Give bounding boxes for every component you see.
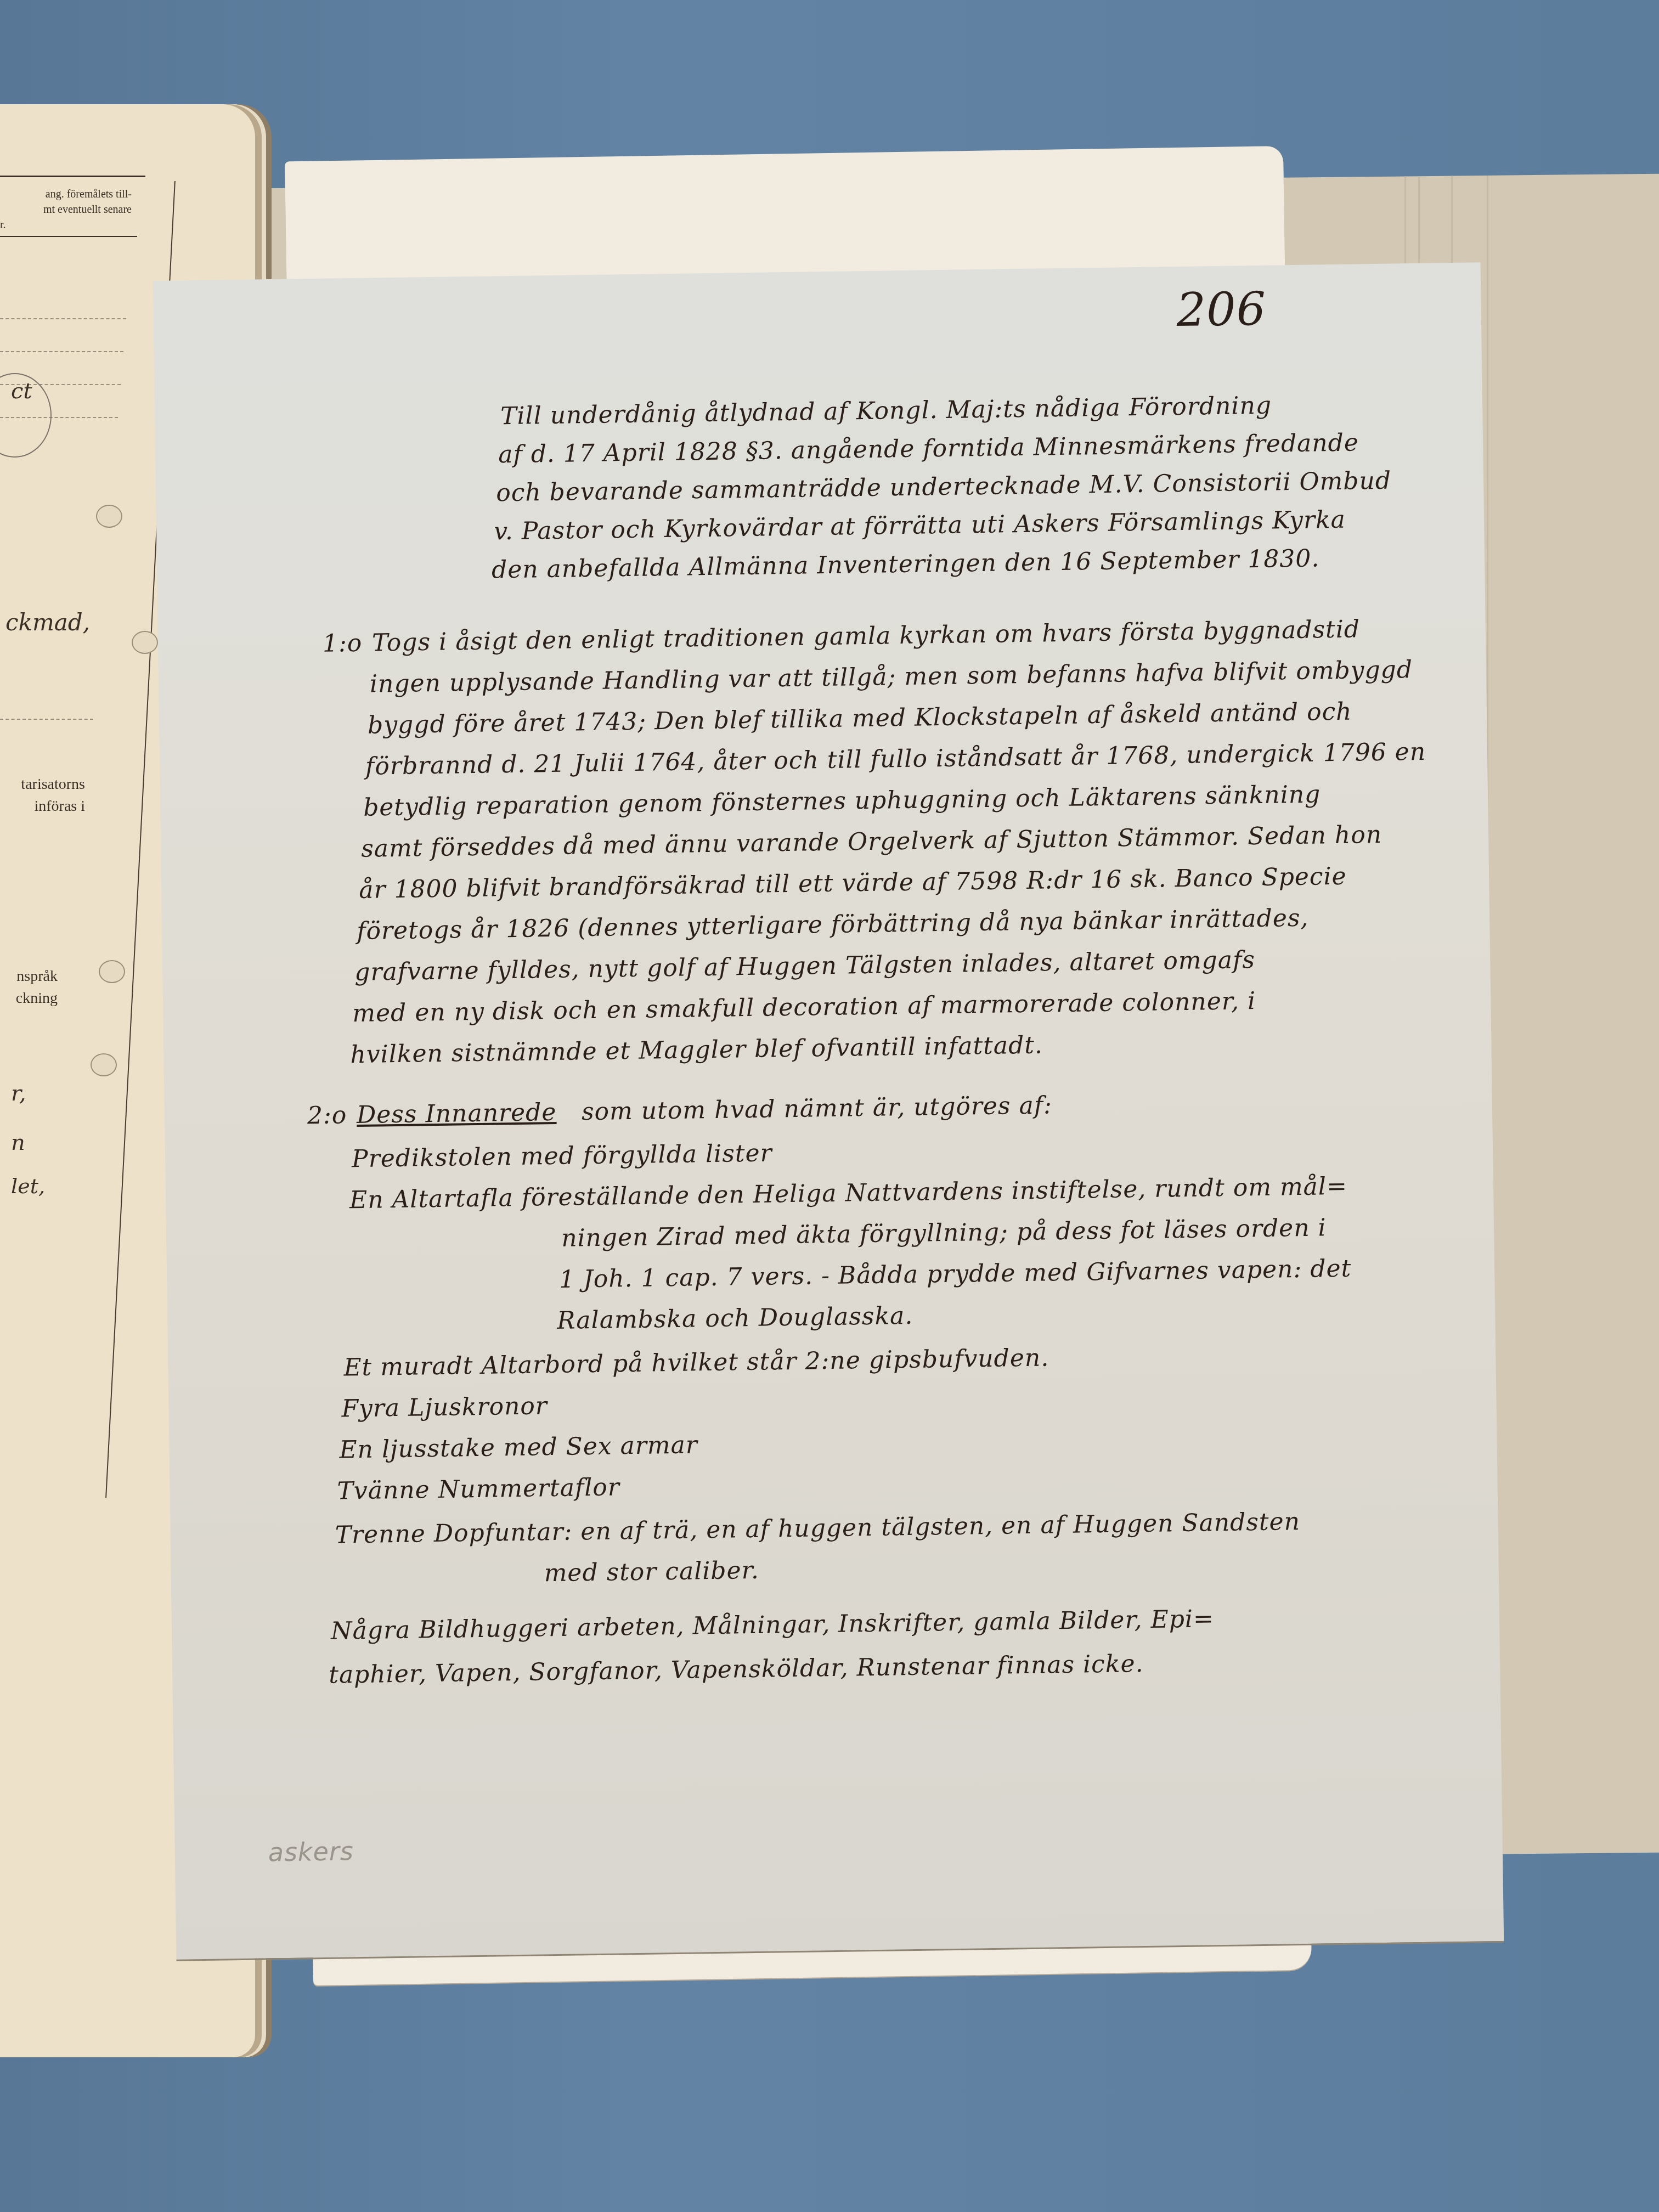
header-rule-lower (0, 236, 137, 237)
printed-header-text: ang. föremålets till- mt eventuellt sena… (0, 187, 132, 233)
inventory-item: Tvänne Nummertaflor (337, 1473, 620, 1505)
handwritten-entry: let, (11, 1174, 45, 1198)
punch-hole (91, 1053, 117, 1076)
folio-number: 206 (1176, 282, 1267, 337)
inventory-item-cont: 1 Joh. 1 cap. 7 vers. - Bådda prydde med… (559, 1255, 1352, 1294)
handwritten-entry: ckmad, (5, 609, 90, 636)
inventory-item: En ljusstake med Sex armar (339, 1431, 698, 1464)
section-number: 2:o (307, 1101, 347, 1130)
dotted-line (0, 719, 93, 720)
circled-handwriting: ct (11, 379, 32, 404)
inventory-item: taphier, Vapen, Sorgfanor, Vapensköldar,… (329, 1650, 1144, 1689)
printed-body-text-lower: nspråk ckning (0, 966, 58, 1009)
punch-hole (99, 960, 125, 983)
inventory-item: Några Bildhuggeri arbeten, Målningar, In… (331, 1605, 1214, 1645)
punch-hole (96, 505, 122, 528)
handwritten-entry: n (11, 1130, 25, 1155)
handwritten-entry: r, (11, 1081, 26, 1106)
inventory-item: Fyra Ljuskronor (341, 1392, 548, 1423)
dotted-line (0, 351, 123, 352)
inventory-item-cont: med stor caliber. (544, 1556, 759, 1587)
printed-body-text: tarisatorns införas i (0, 774, 85, 817)
inventory-item-cont: Ralambska och Douglasska. (557, 1302, 913, 1335)
inventory-item: Et muradt Altarbord på hvilket står 2:ne… (343, 1344, 1049, 1381)
inventory-item: En Altartafla föreställande den Heliga N… (349, 1172, 1347, 1214)
pencil-note: askers (268, 1836, 354, 1867)
dotted-line (0, 318, 126, 319)
manuscript-page: 206 Till underdånig åtlydnad af Kongl. M… (153, 262, 1504, 1961)
section-heading: Dess Innanrede (357, 1098, 557, 1129)
section-number: 1:o (323, 629, 363, 658)
inventory-item: Trenne Dopfuntar: en af trä, en af hugge… (335, 1508, 1300, 1549)
inventory-item-cont: ningen Zirad med äkta förgyllning; på de… (561, 1214, 1327, 1252)
punch-hole (132, 631, 158, 654)
inventory-item: Predikstolen med förgyllda lister (352, 1139, 772, 1173)
header-rule (0, 176, 145, 177)
